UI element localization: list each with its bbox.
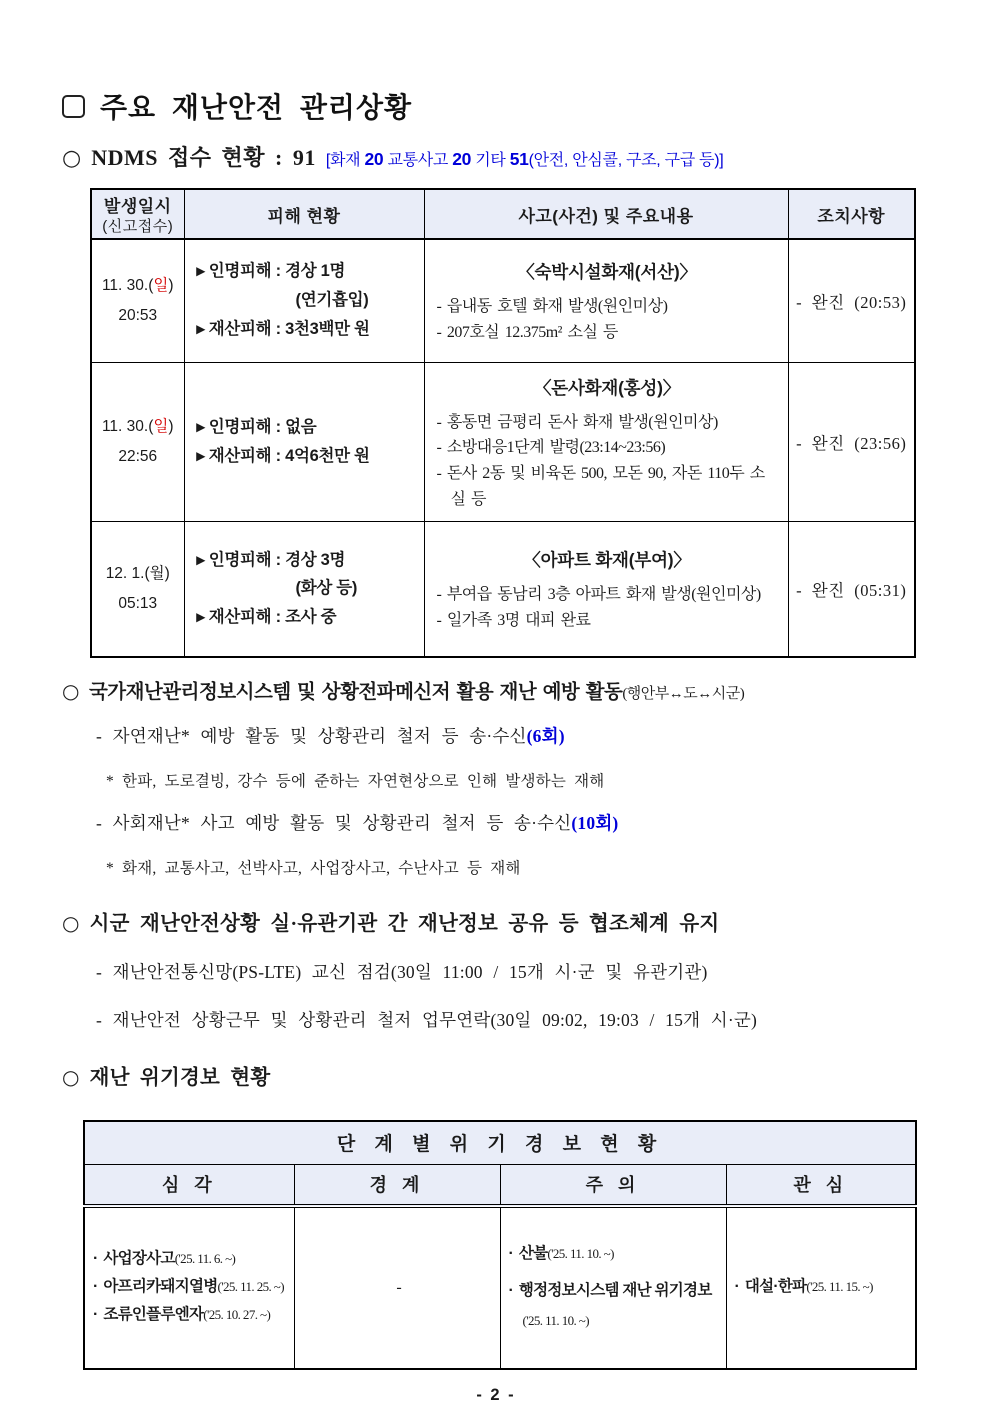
ndms-detail: [화재 20 교통사고 20 기타 51(안전, 안심콜, 구조, 구급 등)]	[326, 147, 724, 170]
incident-line: - 일가족 3명 대피 완료	[437, 608, 778, 634]
alert-item: ·아프리카돼지열병('25. 11. 25. ~)	[93, 1277, 290, 1298]
incident-line: - 소방대응1단계 발령(23:14~23:56)	[437, 435, 778, 461]
date-text: 11. 30.(	[102, 418, 153, 435]
ndms-traffic-count: 20	[452, 149, 471, 169]
alert-name: 사업장사고	[103, 1250, 174, 1267]
damage-cell: ▸ 인명피해 : 없음 ▸ 재산피해 : 4억6천만 원	[184, 362, 424, 522]
alert-date: ('25. 11. 15. ~)	[806, 1279, 872, 1294]
section-heading-text: 국가재난관리정보시스템 및 상황전파메신저 활용 재난 예방 활동(행안부↔도↔…	[89, 676, 744, 704]
ndms-detail-seg: 기타	[471, 152, 510, 169]
interest-cell: ·대설·한파('25. 11. 15. ~)	[726, 1206, 916, 1369]
crisis-table-header-row: 심 각 경 계 주 의 관 심	[84, 1164, 916, 1206]
circle-bullet-icon: ○	[62, 1065, 80, 1089]
dot-bullet-icon: ·	[509, 1282, 514, 1299]
crisis-table-body-row: ·사업장사고('25. 11. 6. ~) ·아프리카돼지열병('25. 11.…	[84, 1206, 916, 1369]
datetime-cell: 12. 1.(월) 05:13	[91, 522, 184, 657]
section-heading-suffix: (행안부↔도↔시군)	[622, 686, 744, 702]
dot-bullet-icon: ·	[735, 1278, 740, 1295]
incident-title: 〈아파트 화재(부여)〉	[437, 547, 778, 572]
section-heading-text: 재난 위기경보 현황	[90, 1060, 271, 1090]
datetime-cell: 11. 30.(일) 20:53	[91, 239, 184, 362]
footnote-social-disaster: * 화재, 교통사고, 선박사고, 사업장사고, 수난사고 등 재해	[106, 856, 930, 878]
time-text: 22:56	[93, 442, 183, 471]
page-title-text: 주요 재난안전 관리상황	[100, 86, 412, 126]
date-text: )	[168, 418, 173, 435]
col-header-interest: 관 심	[726, 1164, 916, 1206]
col-header-datetime: 발생일시 (신고접수)	[91, 189, 184, 239]
alert-cell-empty: -	[294, 1206, 500, 1369]
damage-line: (연기흡입)	[197, 286, 420, 315]
ndms-heading: NDMS 접수 현황 : 91	[91, 141, 316, 172]
damage-cell: ▸ 인명피해 : 경상 1명 (연기흡입) ▸ 재산피해 : 3천3백만 원	[184, 239, 424, 362]
damage-cell: ▸ 인명피해 : 경상 3명 (화상 등) ▸ 재산피해 : 조사 중	[184, 522, 424, 657]
incident-cell: 〈숙박시설화재(서산)〉 - 읍내동 호텔 화재 발생(원인미상) - 207호…	[424, 239, 788, 362]
date-text: 12. 1.(	[106, 565, 150, 582]
alert-name: 조류인플루엔자	[103, 1306, 203, 1323]
col-header-alert: 경 계	[294, 1164, 500, 1206]
alert-item: ·조류인플루엔자('25. 10. 27. ~)	[93, 1305, 290, 1326]
footnote-natural-disaster: * 한파, 도로결빙, 강수 등에 준하는 자연현상으로 인해 발생하는 재해	[106, 769, 930, 791]
section-heading-main: 국가재난관리정보시스템 및 상황전파메신저 활용 재난 예방 활동	[89, 682, 622, 703]
bullet-line-text: - 자연재난* 예방 활동 및 상황관리 철저 등 송·수신	[96, 726, 527, 746]
caution-cell: ·산불('25. 11. 10. ~) ·행정정보시스템 재난 위기경보('25…	[500, 1206, 726, 1369]
col-header-datetime-sub: (신고접수)	[93, 215, 183, 236]
time-text: 05:13	[93, 589, 183, 618]
bullet-line-duty: - 재난안전 상황근무 및 상황관리 철저 업무연락(30일 09:02, 19…	[96, 1007, 930, 1032]
bullet-line-text: - 사회재난* 사고 예방 활동 및 상황관리 철저 등 송·수신	[96, 813, 571, 833]
ndms-summary: ○ NDMS 접수 현황 : 91 [화재 20 교통사고 20 기타 51(안…	[62, 141, 930, 172]
col-header-action: 조치사항	[788, 189, 915, 239]
alert-item: ·사업장사고('25. 11. 6. ~)	[93, 1249, 290, 1270]
alert-name: 아프리카돼지열병	[103, 1278, 217, 1295]
crisis-table-title: 단 계 별 위 기 경 보 현 황	[84, 1121, 916, 1165]
incident-line: - 홍동면 금평리 돈사 화재 발생(원인미상)	[437, 410, 778, 436]
incident-line: - 읍내동 호텔 화재 발생(원인미상)	[437, 294, 778, 320]
table-row-seosan-fire: 11. 30.(일) 20:53 ▸ 인명피해 : 경상 1명 (연기흡입) ▸…	[91, 239, 915, 362]
col-header-severe: 심 각	[84, 1164, 294, 1206]
damage-line: ▸ 재산피해 : 3천3백만 원	[197, 315, 420, 344]
alert-name: 대설·한파	[745, 1278, 807, 1295]
section-heading-cooperation: ○ 시군 재난안전상황 실·유관기관 간 재난정보 공유 등 협조체계 유지	[62, 906, 930, 936]
damage-line: ▸ 인명피해 : 경상 1명	[197, 257, 420, 286]
section-heading-crisis-alert: ○ 재난 위기경보 현황	[62, 1060, 930, 1090]
document-page: 주요 재난안전 관리상황 ○ NDMS 접수 현황 : 91 [화재 20 교통…	[0, 86, 992, 1403]
alert-date: ('25. 10. 27. ~)	[203, 1307, 270, 1322]
dot-bullet-icon: ·	[93, 1306, 98, 1323]
damage-line: (화상 등)	[197, 574, 420, 603]
date-line: 11. 30.(일)	[93, 271, 183, 300]
time-text: 20:53	[93, 301, 183, 330]
damage-line: ▸ 재산피해 : 4억6천만 원	[197, 442, 420, 471]
circle-bullet-icon: ○	[62, 679, 79, 703]
weekday-red: 일	[153, 277, 168, 294]
section-heading-prevention: ○ 국가재난관리정보시스템 및 상황전파메신저 활용 재난 예방 활동(행안부↔…	[62, 676, 930, 704]
alert-date: ('25. 11. 10. ~)	[523, 1313, 589, 1328]
col-header-damage: 피해 현황	[184, 189, 424, 239]
col-header-incident: 사고(사건) 및 주요내용	[424, 189, 788, 239]
date-text: )	[165, 565, 170, 582]
ndms-etc-count: 51	[510, 149, 529, 169]
crisis-table-title-row: 단 계 별 위 기 경 보 현 황	[84, 1121, 916, 1165]
damage-line: ▸ 인명피해 : 경상 3명	[197, 546, 420, 575]
page-number: - 2 -	[62, 1386, 930, 1403]
square-bullet-icon	[62, 95, 85, 118]
bullet-line-social-disaster: - 사회재난* 사고 예방 활동 및 상황관리 철저 등 송·수신(10회)	[96, 810, 930, 835]
alert-name: 행정정보시스템 재난 위기경보	[519, 1282, 712, 1299]
section-heading-text: 시군 재난안전상황 실·유관기관 간 재난정보 공유 등 협조체계 유지	[90, 906, 720, 936]
bullet-line-natural-disaster: - 자연재난* 예방 활동 및 상황관리 철저 등 송·수신(6회)	[96, 723, 930, 748]
incident-table: 발생일시 (신고접수) 피해 현황 사고(사건) 및 주요내용 조치사항 11.…	[90, 188, 916, 658]
alert-date: ('25. 11. 6. ~)	[175, 1251, 236, 1266]
dot-bullet-icon: ·	[509, 1245, 514, 1262]
incident-cell: 〈아파트 화재(부여)〉 - 부여읍 동남리 3층 아파트 화재 발생(원인미상…	[424, 522, 788, 657]
alert-name: 산불	[519, 1245, 548, 1262]
alert-item: ·산불('25. 11. 10. ~)	[509, 1239, 722, 1269]
table-row-hongseong-fire: 11. 30.(일) 22:56 ▸ 인명피해 : 없음 ▸ 재산피해 : 4억…	[91, 362, 915, 522]
action-cell: - 완진 (05:31)	[788, 522, 915, 657]
send-count: (6회)	[527, 726, 565, 746]
incident-line: - 돈사 2동 및 비육돈 500, 모돈 90, 자돈 110두 소실 등	[437, 461, 778, 513]
damage-line: ▸ 인명피해 : 없음	[197, 413, 420, 442]
incident-title: 〈돈사화재(홍성)〉	[437, 375, 778, 400]
date-text: )	[168, 277, 173, 294]
date-text: 11. 30.(	[102, 277, 153, 294]
weekday: 월	[150, 565, 165, 582]
ndms-detail-seg: 교통사고	[383, 152, 452, 169]
action-cell: - 완진 (20:53)	[788, 239, 915, 362]
date-line: 12. 1.(월)	[93, 559, 183, 588]
ndms-detail-seg: (안전, 안심콜, 구조, 구급 등)]	[529, 152, 724, 169]
ndms-fire-count: 20	[364, 149, 383, 169]
dot-bullet-icon: ·	[93, 1278, 98, 1295]
incident-line: - 207호실 12.375m² 소실 등	[437, 320, 778, 346]
datetime-cell: 11. 30.(일) 22:56	[91, 362, 184, 522]
circle-bullet-icon: ○	[62, 146, 81, 171]
severe-cell: ·사업장사고('25. 11. 6. ~) ·아프리카돼지열병('25. 11.…	[84, 1206, 294, 1369]
alert-item: ·행정정보시스템 재난 위기경보('25. 11. 10. ~)	[509, 1276, 722, 1337]
date-line: 11. 30.(일)	[93, 412, 183, 441]
alert-date: ('25. 11. 25. ~)	[218, 1279, 284, 1294]
col-header-caution: 주 의	[500, 1164, 726, 1206]
col-header-datetime-main: 발생일시	[93, 192, 183, 217]
alert-item: ·대설·한파('25. 11. 15. ~)	[735, 1277, 912, 1298]
ndms-detail-seg: [화재	[326, 152, 365, 169]
damage-line: ▸ 재산피해 : 조사 중	[197, 603, 420, 632]
incident-cell: 〈돈사화재(홍성)〉 - 홍동면 금평리 돈사 화재 발생(원인미상) - 소방…	[424, 362, 788, 522]
bullet-line-pslte: - 재난안전통신망(PS-LTE) 교신 점검(30일 11:00 / 15개 …	[96, 959, 930, 984]
send-count: (10회)	[571, 813, 618, 833]
circle-bullet-icon: ○	[62, 911, 80, 935]
dot-bullet-icon: ·	[93, 1250, 98, 1267]
weekday-red: 일	[153, 418, 168, 435]
alert-date: ('25. 11. 10. ~)	[547, 1246, 613, 1261]
incident-line: - 부여읍 동남리 3층 아파트 화재 발생(원인미상)	[437, 582, 778, 608]
page-title: 주요 재난안전 관리상황	[62, 86, 930, 126]
crisis-alert-table: 단 계 별 위 기 경 보 현 황 심 각 경 계 주 의 관 심 ·사업장사고…	[83, 1120, 917, 1370]
action-cell: - 완진 (23:56)	[788, 362, 915, 522]
table-row-buyeo-fire: 12. 1.(월) 05:13 ▸ 인명피해 : 경상 3명 (화상 등) ▸ …	[91, 522, 915, 657]
incident-title: 〈숙박시설화재(서산)〉	[437, 259, 778, 284]
incident-table-header-row: 발생일시 (신고접수) 피해 현황 사고(사건) 및 주요내용 조치사항	[91, 189, 915, 239]
